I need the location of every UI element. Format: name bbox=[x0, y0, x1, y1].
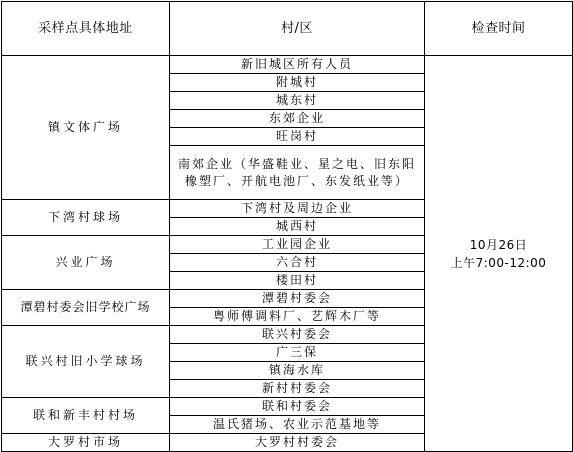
village-cell: 城西村 bbox=[170, 218, 425, 236]
village-cell: 广三保 bbox=[170, 344, 425, 362]
village-cell: 工业园企业 bbox=[170, 236, 425, 254]
location-cell: 联兴村旧小学球场 bbox=[2, 326, 170, 398]
village-cell: 新村村委会 bbox=[170, 380, 425, 398]
village-cell: 联和村委会 bbox=[170, 398, 425, 416]
village-cell: 新旧城区所有人员 bbox=[170, 56, 425, 74]
header-village: 村/区 bbox=[170, 2, 425, 56]
village-cell: 大罗村村委会 bbox=[170, 434, 425, 452]
location-cell: 潭碧村委会旧学校广场 bbox=[2, 290, 170, 326]
village-cell: 潭碧村委会 bbox=[170, 290, 425, 308]
time-hours: 上午7:00-12:00 bbox=[425, 254, 572, 272]
village-cell: 附城村 bbox=[170, 74, 425, 92]
village-cell: 镇海水库 bbox=[170, 362, 425, 380]
time-cell: 10月26日 上午7:00-12:00 bbox=[425, 56, 573, 452]
location-cell: 联和新丰村村场 bbox=[2, 398, 170, 434]
header-time: 检查时间 bbox=[425, 2, 573, 56]
location-cell: 镇文体广场 bbox=[2, 56, 170, 200]
location-cell: 兴业广场 bbox=[2, 236, 170, 290]
village-cell: 城东村 bbox=[170, 92, 425, 110]
sampling-schedule-table: 采样点具体地址 村/区 检查时间 镇文体广场 新旧城区所有人员 10月26日 上… bbox=[1, 1, 573, 452]
village-cell: 下湾村及周边企业 bbox=[170, 200, 425, 218]
village-cell: 南郊企业（华盛鞋业、星之电、旧东阳橡塑厂、开航电池厂、东发纸业等） bbox=[170, 146, 425, 200]
village-cell: 联兴村委会 bbox=[170, 326, 425, 344]
village-cell: 楼田村 bbox=[170, 272, 425, 290]
village-cell: 六合村 bbox=[170, 254, 425, 272]
location-cell: 下湾村球场 bbox=[2, 200, 170, 236]
village-cell: 粤师傅调料厂、艺辉木厂等 bbox=[170, 308, 425, 326]
village-cell: 温氏猪场、农业示范基地等 bbox=[170, 416, 425, 434]
table-row: 镇文体广场 新旧城区所有人员 10月26日 上午7:00-12:00 bbox=[2, 56, 573, 74]
header-location: 采样点具体地址 bbox=[2, 2, 170, 56]
time-date: 10月26日 bbox=[425, 236, 572, 254]
village-cell: 旺岗村 bbox=[170, 128, 425, 146]
village-cell: 东郊企业 bbox=[170, 110, 425, 128]
location-cell: 大罗村市场 bbox=[2, 434, 170, 452]
